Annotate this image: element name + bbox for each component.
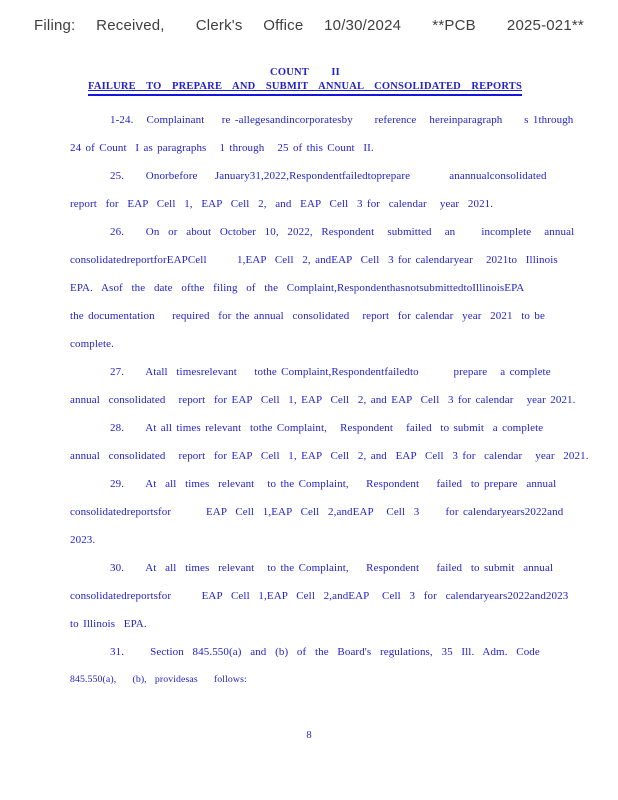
paragraph-26-line-2: consolidatedreportforEAPCell 1,EAP Cell … xyxy=(70,246,556,274)
paragraph-26-line-1: 26. On or about October 10, 2022, Respon… xyxy=(70,218,556,246)
document-body: 1-24. Complainant re -allegesandincorpor… xyxy=(70,106,556,694)
paragraph-30-line-1: 30. At all times relevant to the Complai… xyxy=(70,554,556,582)
paragraph-26-line-3: EPA. Asof the date ofthe filing of the C… xyxy=(70,274,556,302)
paragraph-29-line-3: 2023. xyxy=(70,526,556,554)
paragraph-29-line-1: 29. At all times relevant to the Complai… xyxy=(70,470,556,498)
paragraph-31-line-2: 845.550(a), (b), providesas follows: xyxy=(70,666,556,694)
paragraph-29-line-2: consolidatedreportsfor EAP Cell 1,EAP Ce… xyxy=(70,498,556,526)
paragraph-31-line-1: 31. Section 845.550(a) and (b) of the Bo… xyxy=(70,638,556,666)
count-title: COUNT II xyxy=(88,67,522,78)
paragraph-1-24-line-2: 24 of Count I as paragraphs 1 through 25… xyxy=(70,134,556,162)
document-page: Filing: Received, Clerk's Office 10/30/2… xyxy=(0,0,618,800)
paragraph-25-line-1: 25. Onorbefore January31,2022,Respondent… xyxy=(70,162,556,190)
paragraph-25-line-2: report for EAP Cell 1, EAP Cell 2, and E… xyxy=(70,190,556,218)
paragraph-27-line-2: annual consolidated report for EAP Cell … xyxy=(70,386,556,414)
paragraph-30-line-3: to Illinois EPA. xyxy=(70,610,556,638)
paragraph-26-line-4: the documentation required for the annua… xyxy=(70,302,556,330)
count-heading-block: COUNT II FAILURE TO PREPARE AND SUBMIT A… xyxy=(88,67,522,96)
paragraph-30-line-2: consolidatedreportsfor EAP Cell 1,EAP Ce… xyxy=(70,582,556,610)
page-number: 8 xyxy=(0,730,618,741)
paragraph-28-line-2: annual consolidated report for EAP Cell … xyxy=(70,442,556,470)
paragraph-1-24-line-1: 1-24. Complainant re -allegesandincorpor… xyxy=(70,106,556,134)
paragraph-26-line-5: complete. xyxy=(70,330,556,358)
filing-stamp-header: Filing: Received, Clerk's Office 10/30/2… xyxy=(0,17,618,34)
paragraph-28-line-1: 28. At all times relevant tothe Complain… xyxy=(70,414,556,442)
section-title: FAILURE TO PREPARE AND SUBMIT ANNUAL CON… xyxy=(88,81,522,96)
paragraph-27-line-1: 27. Atall timesrelevant tothe Complaint,… xyxy=(70,358,556,386)
